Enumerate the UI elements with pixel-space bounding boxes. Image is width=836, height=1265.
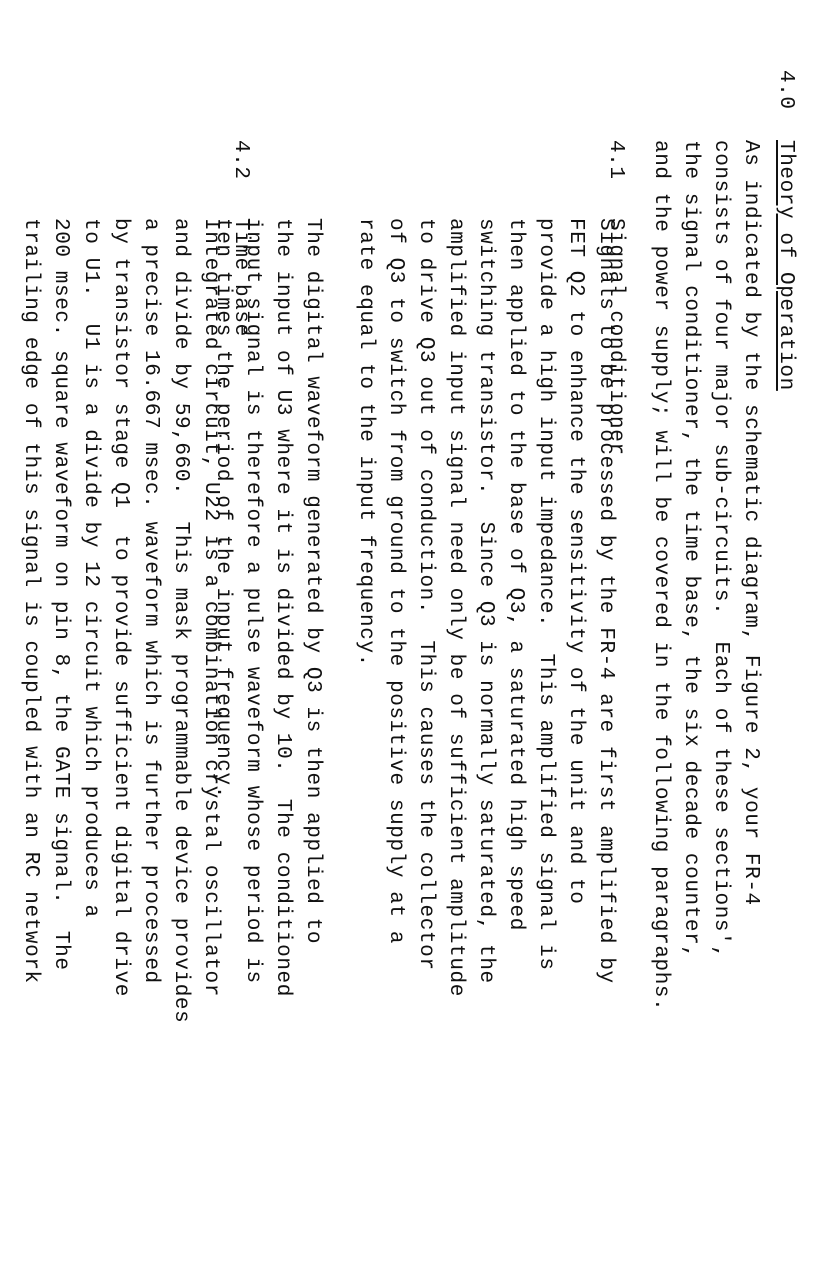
text-line: rate equal to the input frequency. [353,218,377,667]
section-title: Theory of Operation [773,140,797,391]
line-text: The digital waveform generated by Q3 is … [301,218,324,944]
text-line: FET Q2 to enhance the sensitivity of the… [563,218,587,905]
line-text: by transistor stage Q1 to provide suffic… [109,218,132,997]
text-line: Integrated circuit, U22 is a combination… [198,218,222,997]
text-line: 200 msec. square waveform on pin 8, the … [48,218,72,971]
text-line: the input of U3 where it is divided by 1… [270,218,294,997]
text-line: The digital waveform generated by Q3 is … [300,218,324,944]
text-line: consists of four major sub-circuits. Eac… [708,140,732,959]
line-text: switching transistor. Since Q3 is normal… [474,218,497,984]
section-number: 4.0 [773,70,797,110]
section-number: 4.2 [228,140,252,180]
section-number: 4.1 [603,140,627,180]
line-text: the input of U3 where it is divided by 1… [271,218,294,997]
text-line: and the power supply; will be covered in… [648,140,672,1011]
text-line: and divide by 59,660. This mask programm… [168,218,192,1023]
text-line: by transistor stage Q1 to provide suffic… [108,218,132,997]
text-line: provide a high input impedance. This amp… [533,218,557,971]
text-line: As indicated by the schematic diagram, F… [738,140,762,906]
text-line: of Q3 to switch from ground to the posit… [383,218,407,944]
line-text: to drive Q3 out of conduction. This caus… [414,218,437,971]
text-line: to U1. U1 is a divide by 12 circuit whic… [78,218,102,918]
line-text: FET Q2 to enhance the sensitivity of the… [564,218,587,905]
text-line: amplified input signal need only be of s… [443,218,467,997]
text-line: a precise 16.667 msec. waveform which is… [138,218,162,984]
document-page: 4.0 Theory of Operation As indicated by … [0,0,836,1265]
text-line: switching transistor. Since Q3 is normal… [473,218,497,984]
line-text: of Q3 to switch from ground to the posit… [384,218,407,944]
section-title: Time base [228,218,252,337]
line-text: then applied to the base of Q3, a satura… [504,218,527,931]
line-text: Integrated circuit, U22 is a combination… [199,218,222,997]
text-line: Signals to be processed by the FR-4 are … [593,218,617,984]
text-line: then applied to the base of Q3, a satura… [503,218,527,931]
text-line: the signal conditioner, the time base, t… [678,140,702,959]
text-line: to drive Q3 out of conduction. This caus… [413,218,437,971]
text-line: trailing edge of this signal is coupled … [18,218,42,984]
